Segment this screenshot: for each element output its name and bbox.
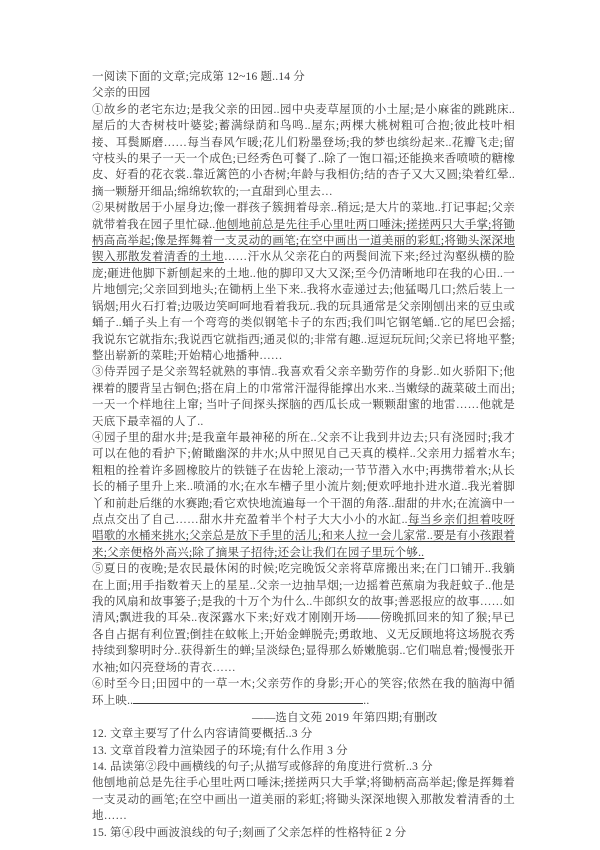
text-segment: .. (363, 695, 369, 707)
article-body: ①故乡的老宅东边;是我父亲的田园..园中央麦草屋顶的小土屋;是小麻雀的跳跳床..… (92, 102, 515, 710)
answer-blank (133, 692, 363, 704)
section-header: 一阅读下面的文章;完成第 12~16 题..14 分 (92, 69, 515, 85)
citation-line: ——选自文苑 2019 年第四期;有删改 (252, 710, 515, 726)
question-14-quote: 他刨地前总是先往手心里吐两口唾沫;搓搓两只大手掌;将锄柄高高举起;像是挥舞着一支… (92, 775, 515, 824)
text-segment: ……汗水从父亲花白的两鬓间流下来;经过沟壑纵横的脸庞;砸进他脚下新刨起来的土地.… (92, 251, 515, 361)
article-title: 父亲的田园 (92, 85, 515, 101)
question-15: 15. 第④段中画波浪线的句子;刻画了父亲怎样的性格特征 2 分 (92, 825, 515, 841)
paragraph-4: ④园子里的甜水井;是我童年最神秘的所在..父亲不让我到井边去;只有浇园时;我才可… (92, 430, 515, 561)
text-segment: ①故乡的老宅东边;是我父亲的田园..园中央麦草屋顶的小土屋;是小麻雀的跳跳床..… (92, 104, 515, 198)
paragraph-2: ②果树散居于小屋身边;像一群孩子簇拥着母亲..稍远;是大片的菜地..打记事起;父… (92, 200, 515, 364)
paragraph-5: ⑤夏日的夜晚;是农民最休闲的时候;吃完晚饭父亲将草席搬出来;在门口铺开..我躺在… (92, 561, 515, 676)
paragraph-6: ⑥时至今日;田园中的一草一木;父亲劳作的身影;开心的笑容;依然在我的脑海中循环上… (92, 676, 515, 710)
question-13: 13. 文章首段着力渲染园子的环境;有什么作用 3 分 (92, 743, 515, 759)
paragraph-3: ③侍弄园子是父亲驾轻就熟的事情..我喜欢看父亲辛勤劳作的身影..如火骄阳下;他裸… (92, 364, 515, 430)
question-14: 14. 品读第②段中画横线的句子;从描写或修辞的角度进行赏析..3 分 (92, 759, 515, 775)
text-segment: ③侍弄园子是父亲驾轻就熟的事情..我喜欢看父亲辛勤劳作的身影..如火骄阳下;他裸… (92, 366, 515, 427)
text-segment: ④园子里的甜水井;是我童年最神秘的所在..父亲不让我到井边去;只有浇园时;我才可… (92, 432, 515, 526)
question-12: 12. 文章主要写了什么内容请简要概括..3 分 (92, 726, 515, 742)
paragraph-1: ①故乡的老宅东边;是我父亲的田园..园中央麦草屋顶的小土屋;是小麻雀的跳跳床..… (92, 102, 515, 200)
exam-page: 一阅读下面的文章;完成第 12~16 题..14 分 父亲的田园 ①故乡的老宅东… (92, 69, 515, 841)
text-segment: ⑤夏日的夜晚;是农民最休闲的时候;吃完晚饭父亲将草席搬出来;在门口铺开..我躺在… (92, 563, 515, 673)
